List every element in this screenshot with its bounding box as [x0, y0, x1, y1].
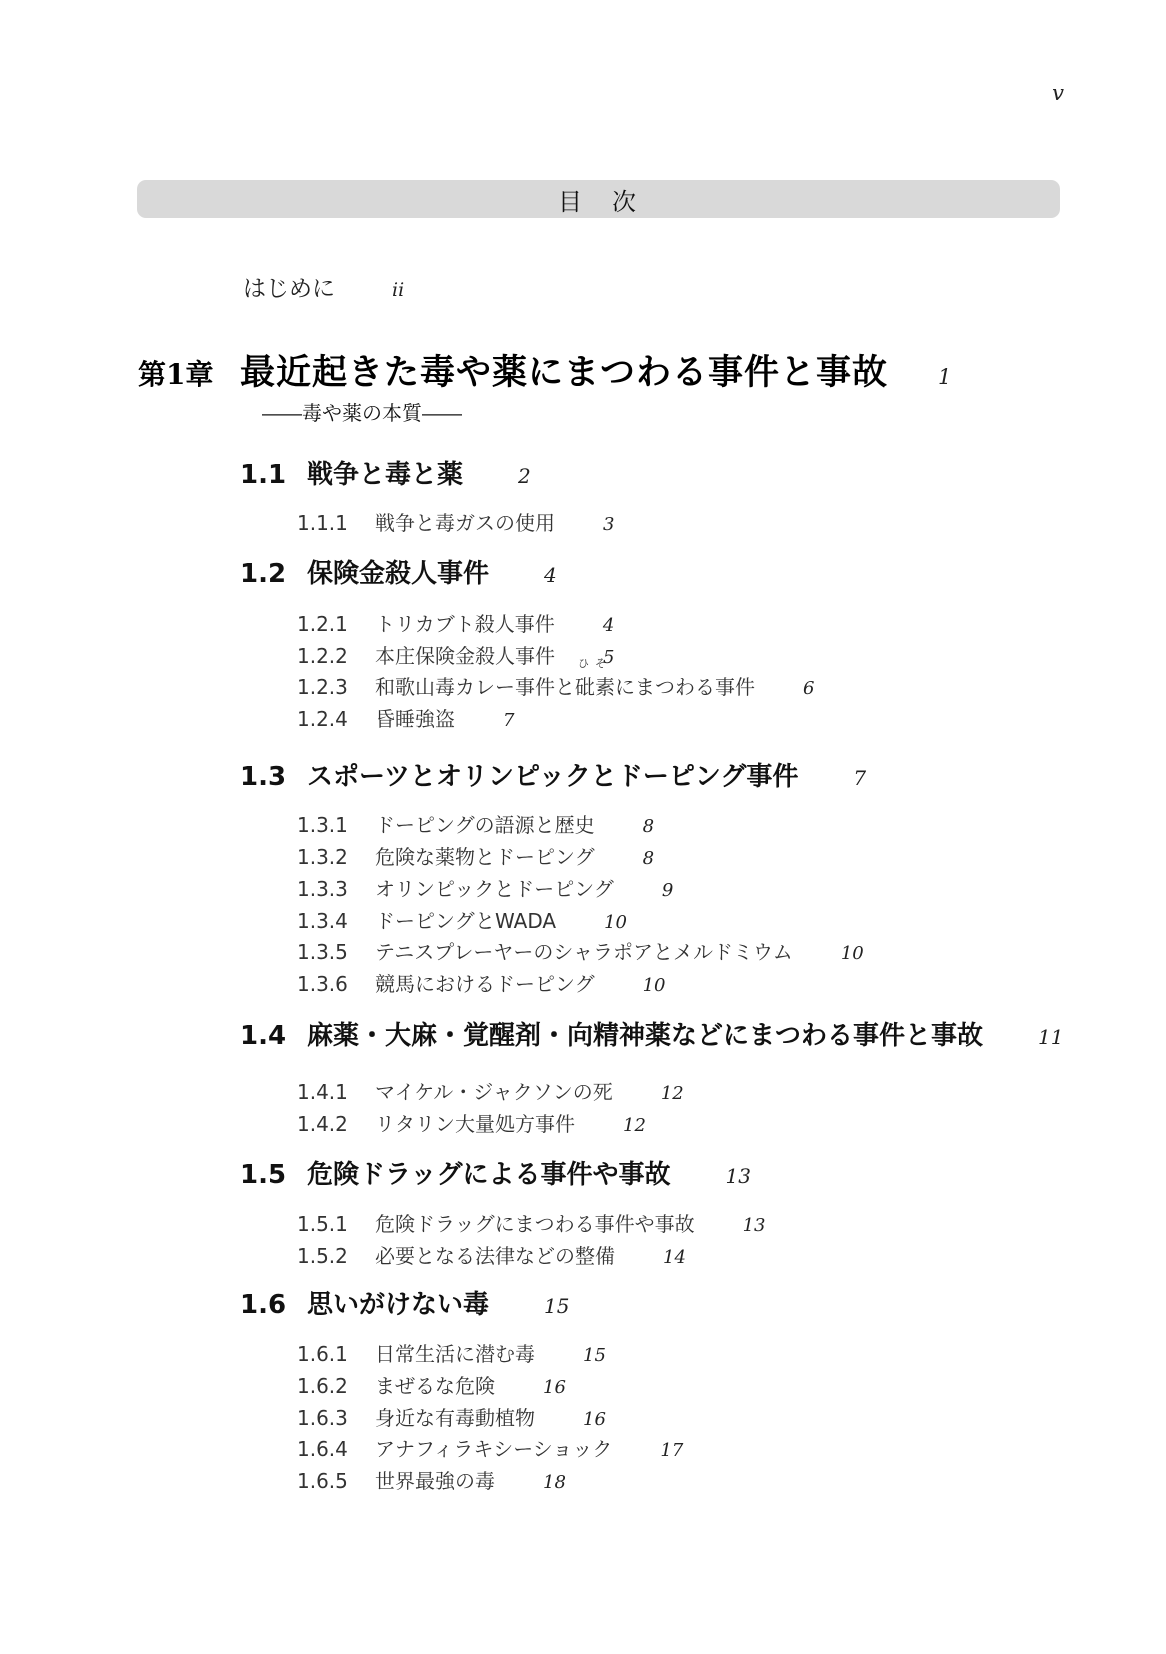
- subsection-page: 10: [643, 975, 666, 996]
- section-page: 7: [853, 766, 866, 790]
- subsection-number: 1.6.1: [297, 1339, 375, 1369]
- subsection-title: オリンピックとドーピング: [375, 877, 614, 901]
- subsection-page: 14: [663, 1247, 686, 1268]
- section-page: 4: [544, 563, 557, 587]
- subsection-number: 1.3.2: [297, 842, 375, 872]
- subsection-title: 危険ドラッグにまつわる事件や事故: [375, 1212, 695, 1236]
- toc-section: 1.3スポーツとオリンピックとドーピング事件7: [240, 758, 866, 797]
- toc-subsection: 1.2.2本庄保険金殺人事件5: [297, 641, 614, 673]
- toc-subsection: 1.6.3身近な有毒動植物16: [297, 1403, 606, 1435]
- subsection-page: 16: [543, 1377, 566, 1398]
- subsection-number: 1.6.3: [297, 1403, 375, 1433]
- toc-section: 1.5危険ドラッグによる事件や事故13: [240, 1156, 751, 1195]
- chapter-page: 1: [938, 365, 951, 389]
- toc-subsection: 1.5.1危険ドラッグにまつわる事件や事故13: [297, 1209, 766, 1241]
- section-title: 危険ドラッグによる事件や事故: [307, 1160, 670, 1190]
- chapter-label: 第1章: [138, 349, 240, 401]
- subsection-page: 4: [603, 615, 614, 636]
- chapter-subtitle: ――毒や薬の本質――: [262, 400, 462, 426]
- subsection-page: 8: [643, 816, 654, 837]
- subsection-title: 危険な薬物とドーピング: [375, 845, 595, 869]
- subsection-page: 12: [623, 1115, 646, 1136]
- section-page: 2: [518, 464, 531, 488]
- toc-subsection: 1.6.4アナフィラキシーショック17: [297, 1434, 683, 1466]
- subsection-title: リタリン大量処方事件: [375, 1112, 575, 1136]
- furigana-text: ひそ: [578, 658, 612, 669]
- toc-subsection: 1.3.6競馬におけるドーピング10: [297, 969, 666, 1001]
- toc-subsection: 1.6.2まぜるな危険16: [297, 1371, 566, 1403]
- subsection-title: 戦争と毒ガスの使用: [375, 511, 555, 535]
- chapter-title: 最近起きた毒や薬にまつわる事件と事故: [240, 352, 888, 393]
- toc-subsection: 1.3.5テニスプレーヤーのシャラポアとメルドミウム10: [297, 937, 864, 969]
- toc-subsection: 1.3.3オリンピックとドーピング9: [297, 874, 673, 906]
- toc-page: v 目 次 はじめにii 第1章最近起きた毒や薬にまつわる事件と事故1 ――毒や…: [0, 0, 1166, 1654]
- subsection-number: 1.2.1: [297, 609, 375, 639]
- subsection-page: 7: [503, 710, 514, 731]
- page-folio: v: [1052, 81, 1064, 105]
- subsection-page: 13: [743, 1215, 766, 1236]
- subsection-number: 1.1.1: [297, 508, 375, 538]
- subsection-page: 6: [803, 678, 814, 699]
- subsection-number: 1.5.1: [297, 1209, 375, 1239]
- subsection-number: 1.2.3: [297, 672, 375, 702]
- subsection-number: 1.4.1: [297, 1077, 375, 1107]
- toc-section: 1.1戦争と毒と薬2: [240, 456, 531, 495]
- subsection-title: ドーピングとWADA: [375, 909, 556, 933]
- toc-header-bar: 目 次: [137, 180, 1060, 218]
- section-number: 1.3: [240, 758, 307, 796]
- subsection-title: トリカブト殺人事件: [375, 612, 555, 636]
- subsection-page: 17: [660, 1440, 683, 1461]
- section-title: 保険金殺人事件: [307, 559, 489, 589]
- section-number: 1.5: [240, 1156, 307, 1194]
- subsection-title: まぜるな危険: [375, 1374, 495, 1398]
- subsection-number: 1.6.2: [297, 1371, 375, 1401]
- frontmatter-label: はじめに: [243, 276, 335, 302]
- toc-subsection: 1.1.1戦争と毒ガスの使用3: [297, 508, 614, 540]
- subsection-page: 15: [583, 1345, 606, 1366]
- subsection-page: 8: [643, 848, 654, 869]
- subsection-page: 3: [603, 514, 614, 535]
- toc-subsection: 1.4.2リタリン大量処方事件12: [297, 1109, 646, 1141]
- subsection-number: 1.4.2: [297, 1109, 375, 1139]
- section-number: 1.6: [240, 1286, 307, 1324]
- subsection-number: 1.3.5: [297, 937, 375, 967]
- subsection-number: 1.3.6: [297, 969, 375, 999]
- subsection-number: 1.3.4: [297, 906, 375, 936]
- toc-subsection: 1.3.1ドーピングの語源と歴史8: [297, 810, 654, 842]
- subsection-title: ドーピングの語源と歴史: [375, 813, 595, 837]
- subsection-title-post: にまつわる事件: [615, 675, 755, 699]
- frontmatter-entry: はじめにii: [243, 274, 404, 305]
- subsection-title: アナフィラキシーショック: [375, 1437, 612, 1461]
- subsection-title: 世界最強の毒: [375, 1469, 495, 1493]
- section-title: 戦争と毒と薬: [307, 460, 463, 490]
- subsection-number: 1.3.1: [297, 810, 375, 840]
- toc-subsection: 1.4.1マイケル・ジャクソンの死12: [297, 1077, 684, 1109]
- section-title: 思いがけない毒: [307, 1290, 489, 1320]
- section-title: スポーツとオリンピックとドーピング事件: [307, 762, 798, 792]
- subsection-page: 9: [662, 880, 673, 901]
- section-page: 15: [544, 1294, 569, 1318]
- toc-subsection: 1.6.1日常生活に潜む毒15: [297, 1339, 606, 1371]
- toc-subsection: 1.5.2必要となる法律などの整備14: [297, 1241, 686, 1273]
- subsection-page: 12: [661, 1083, 684, 1104]
- frontmatter-page: ii: [392, 279, 404, 301]
- subsection-number: 1.5.2: [297, 1241, 375, 1271]
- chapter-heading: 第1章最近起きた毒や薬にまつわる事件と事故1: [138, 347, 951, 405]
- subsection-title: 必要となる法律などの整備: [375, 1244, 615, 1268]
- toc-subsection: 1.3.4ドーピングとWADA10: [297, 906, 627, 938]
- section-page: 13: [725, 1164, 750, 1188]
- toc-section: 1.4麻薬・大麻・覚醒剤・向精神薬などにまつわる事件と事故11: [240, 1017, 1063, 1056]
- subsection-page: 10: [604, 912, 627, 933]
- subsection-title: マイケル・ジャクソンの死: [375, 1080, 613, 1104]
- subsection-title-pre: 和歌山毒カレー事件と: [375, 675, 575, 699]
- subsection-number: 1.6.5: [297, 1466, 375, 1496]
- section-page: 11: [1038, 1025, 1063, 1049]
- subsection-title: 競馬におけるドーピング: [375, 972, 595, 996]
- toc-section: 1.2保険金殺人事件4: [240, 555, 557, 594]
- subsection-title: 日常生活に潜む毒: [375, 1342, 535, 1366]
- ruby-base: 砒素: [575, 675, 615, 699]
- toc-subsection: 1.2.1トリカブト殺人事件4: [297, 609, 614, 641]
- subsection-number: 1.6.4: [297, 1434, 375, 1464]
- toc-subsection: 1.6.5世界最強の毒18: [297, 1466, 566, 1498]
- subsection-number: 1.2.4: [297, 704, 375, 734]
- subsection-title: テニスプレーヤーのシャラポアとメルドミウム: [375, 940, 793, 964]
- ruby-word: ひそ砒素: [575, 672, 615, 702]
- section-title: 麻薬・大麻・覚醒剤・向精神薬などにまつわる事件と事故: [307, 1021, 983, 1051]
- subsection-number: 1.2.2: [297, 641, 375, 671]
- section-number: 1.1: [240, 456, 307, 494]
- toc-subsection: 1.2.4昏睡強盗7: [297, 704, 514, 736]
- subsection-page: 10: [841, 943, 864, 964]
- toc-header-title: 目 次: [558, 182, 639, 217]
- toc-subsection: 1.2.3和歌山毒カレー事件とひそ砒素にまつわる事件6: [297, 672, 814, 704]
- subsection-page: 18: [543, 1472, 566, 1493]
- section-number: 1.4: [240, 1017, 307, 1055]
- subsection-page: 16: [583, 1409, 606, 1430]
- subsection-number: 1.3.3: [297, 874, 375, 904]
- toc-section: 1.6思いがけない毒15: [240, 1286, 569, 1325]
- subsection-title: 身近な有毒動植物: [375, 1406, 535, 1430]
- subsection-title: 昏睡強盗: [375, 707, 455, 731]
- toc-subsection: 1.3.2危険な薬物とドーピング8: [297, 842, 654, 874]
- section-number: 1.2: [240, 555, 307, 593]
- subsection-title: 本庄保険金殺人事件: [375, 644, 555, 668]
